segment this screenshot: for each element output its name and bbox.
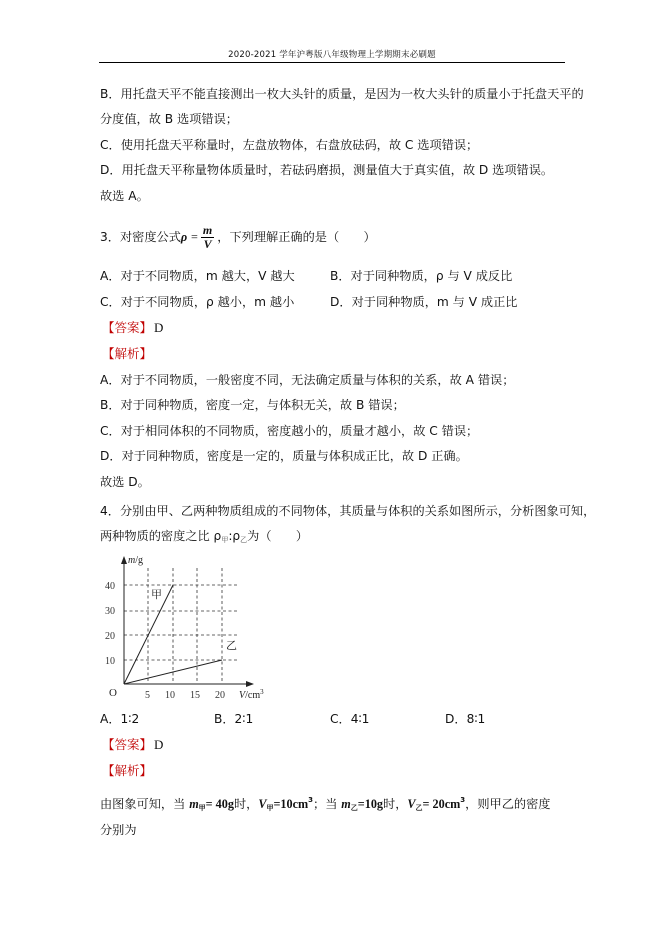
q4-analysis-line2: 分别为 [100,822,137,838]
volume-symbol: V [407,797,415,811]
q4-answer: D [154,737,163,752]
q3-analysis-b: B．对于同种物质，密度一定，与体积无关，故 B 错误； [100,397,405,413]
value: = 40g [206,797,234,811]
q4-analysis-line1: 由图象可知，当 m甲= 40g时，V甲=10cm3；当 m乙=10g时，V乙= … [100,792,550,816]
q4-stem-suffix: 为（ ） [247,529,308,543]
q4-stem-line2: 两种物质的密度之比 ρ甲:ρ乙为（ ） [100,528,308,548]
svg-text:10: 10 [105,656,115,667]
q4-analysis-tag-row: 【解析】 [102,763,152,779]
text: ，则甲乙的密度 [465,797,550,811]
series-jia-line [124,585,173,684]
q2-analysis-b-line2: 分度值，故 B 选项错误； [100,111,238,127]
value: =10g [358,797,383,811]
density-formula-fraction: mV [201,224,214,251]
q4-option-d: D．8∶1 [445,711,485,727]
q3-answer-row: 【答案】D [102,320,163,336]
analysis-tag: 【解析】 [102,346,152,361]
svg-text:O: O [109,687,117,699]
vertical-gridlines [148,568,222,684]
fraction-numerator: m [201,224,214,238]
q2-analysis-c: C．使用托盘天平称量时，左盘放物体，右盘放砝码，故 C 选项错误； [100,137,478,153]
analysis-tag: 【解析】 [102,763,152,778]
q3-stem-prefix: 3．对密度公式 [100,230,181,244]
subscript-yi: 乙 [416,804,423,812]
text: 时， [383,797,407,811]
q3-analysis-tag-row: 【解析】 [102,346,152,362]
q3-conclusion: 故选 D。 [100,474,150,490]
q2-conclusion: 故选 A。 [100,188,149,204]
q3-answer: D [154,320,163,335]
text: 由图象可知，当 [100,797,189,811]
subscript-yi: 乙 [351,804,358,812]
value: =10cm [273,797,308,811]
svg-text:10: 10 [165,690,175,700]
q3-option-a: A．对于不同物质，m 越大，V 越大 [100,268,295,284]
answer-tag: 【答案】 [102,737,152,752]
text: ；当 [313,797,341,811]
svg-text:15: 15 [190,690,200,700]
q2-analysis-b-line1: B．用托盘天平不能直接测出一枚大头针的质量，是因为一枚大头针的质量小于托盘天平的 [100,86,584,102]
svg-text:20: 20 [215,690,225,700]
q4-option-c: C．4∶1 [330,711,369,727]
header-divider [99,62,565,63]
value: = 20cm [423,797,461,811]
svg-text:20: 20 [105,631,115,642]
q3-stem: 3．对密度公式ρ =mV，下列理解正确的是（ ） [100,224,376,251]
svg-text:40: 40 [105,581,115,592]
q4-option-b: B．2∶1 [214,711,253,727]
svg-text:m/g: m/g [128,555,143,566]
q3-option-d: D．对于同种物质，m 与 V 成正比 [330,294,517,310]
subscript-jia: 甲 [199,804,206,812]
q4-option-a: A．1∶2 [100,711,139,727]
q3-option-b: B．对于同种物质，ρ 与 V 成反比 [330,268,512,284]
density-symbol: ρ [181,230,187,244]
svg-text:30: 30 [105,606,115,617]
q3-analysis-c: C．对于相同体积的不同物质，密度越小的，质量才越小，故 C 错误； [100,423,478,439]
mass-symbol: m [189,797,198,811]
fraction-denominator: V [201,238,214,251]
answer-tag: 【答案】 [102,320,152,335]
page-header-title: 2020-2021 学年沪粤版八年级物理上学期期末必刷题 [99,48,565,60]
q2-analysis-d: D．用托盘天平称量物体质量时，若砝码磨损，测量值大于真实值，故 D 选项错误。 [100,162,553,178]
q4-stem-line1: 4．分别由甲、乙两种物质组成的不同物体，其质量与体积的关系如图所示，分析图象可知… [100,503,595,519]
svg-text:甲: 甲 [151,588,162,601]
q3-analysis-d: D．对于同种物质，密度是一定的，质量与体积成正比，故 D 正确。 [100,448,468,464]
svg-text:乙: 乙 [226,639,237,652]
mass-volume-chart: m/g 40 30 20 10 O 5 10 15 20 V/cm3 甲 乙 [95,548,275,700]
mass-symbol: m [341,797,350,811]
svg-text:5: 5 [145,690,150,700]
text: 时， [234,797,258,811]
equals-sign: = [191,230,198,244]
ratio-sep: :ρ [228,529,240,543]
q3-option-c: C．对于不同物质，ρ 越小，m 越小 [100,294,294,310]
q3-analysis-a: A．对于不同物质，一般密度不同，无法确定质量与体积的关系，故 A 错误； [100,372,514,388]
q4-stem-prefix: 两种物质的密度之比 ρ [100,529,221,543]
q4-answer-row: 【答案】D [102,737,163,753]
q3-stem-suffix: ，下列理解正确的是（ ） [217,230,375,244]
svg-text:V/cm3: V/cm3 [239,688,264,700]
